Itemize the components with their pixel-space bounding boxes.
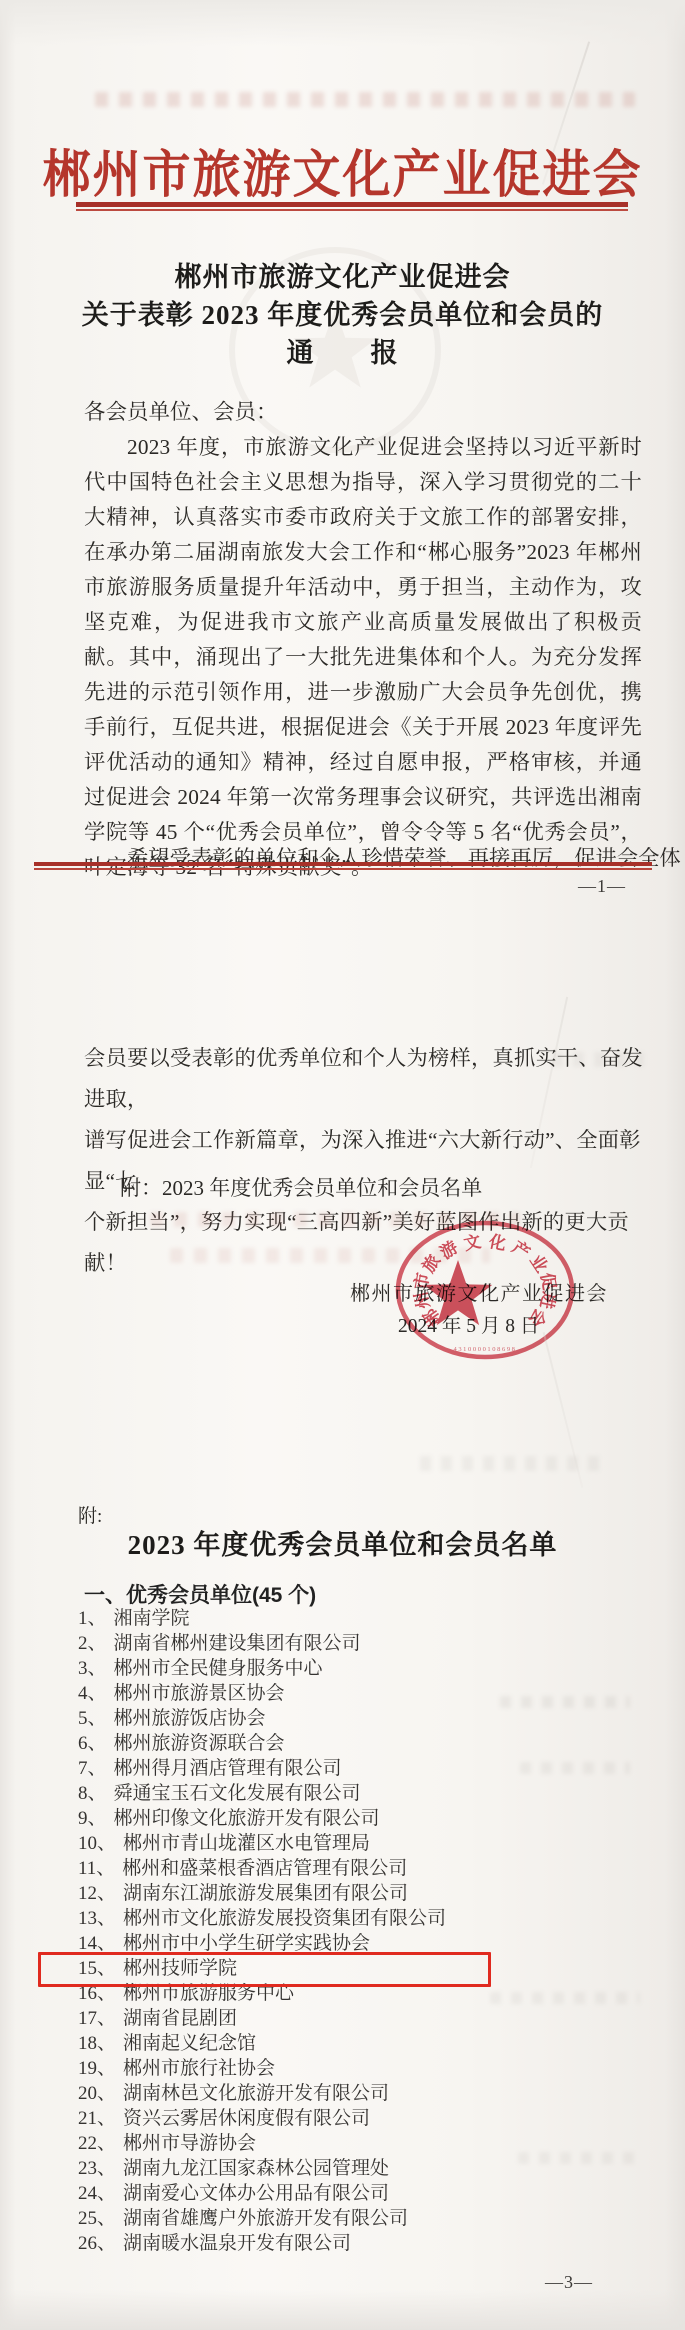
list-item: 17、湖南省昆剧团 xyxy=(78,2006,638,2031)
list-item-number: 2、 xyxy=(78,1633,107,1654)
svg-text:市: 市 xyxy=(410,1271,433,1291)
list-item-number: 14、 xyxy=(78,1933,116,1954)
list-item: 11、郴州和盛菜根香酒店管理有限公司 xyxy=(78,1856,638,1881)
list-item-name: 郴州市全民健身服务中心 xyxy=(114,1658,323,1679)
svg-text:会: 会 xyxy=(525,1305,551,1330)
list-item-name: 舜通宝玉石文化发展有限公司 xyxy=(114,1783,361,1804)
list-item: 12、湖南东江湖旅游发展集团有限公司 xyxy=(78,1881,638,1906)
svg-text:化: 化 xyxy=(486,1231,508,1254)
list-item-name: 湖南暖水温泉开发有限公司 xyxy=(123,2233,351,2254)
list-item-number: 18、 xyxy=(78,2033,116,2054)
list-item-name: 湖南东江湖旅游发展集团有限公司 xyxy=(123,1883,408,1904)
body-paragraph-1: 2023 年度，市旅游文化产业促进会坚持以习近平新时代中国特色社会主义思想为指导… xyxy=(84,430,642,885)
document-title-line1: 郴州市旅游文化产业促进会 xyxy=(0,258,685,296)
attachment-note: 附：2023 年度优秀会员单位和会员名单 xyxy=(120,1172,482,1202)
list-item-name: 湖南省郴州建设集团有限公司 xyxy=(114,1633,361,1654)
list-item-number: 12、 xyxy=(78,1883,116,1904)
list-item-name: 郴州旅游饭店协会 xyxy=(114,1708,266,1729)
list-item-name: 郴州市导游协会 xyxy=(123,2133,256,2154)
svg-text:进: 进 xyxy=(536,1290,559,1311)
list-item: 6、郴州旅游资源联合会 xyxy=(78,1731,638,1756)
list-item-number: 17、 xyxy=(78,2008,116,2029)
list-item-name: 郴州旅游资源联合会 xyxy=(114,1733,285,1754)
list-item-name: 湖南爱心文体办公用品有限公司 xyxy=(123,2183,389,2204)
list-item: 3、郴州市全民健身服务中心 xyxy=(78,1656,638,1681)
list-item-number: 13、 xyxy=(78,1908,116,1929)
bleed-through-text xyxy=(518,2152,640,2164)
attachment-section-title: 一、优秀会员单位(45 个) xyxy=(84,1579,316,1609)
list-item-number: 7、 xyxy=(78,1758,107,1779)
list-item-name: 郴州市青山垅灌区水电管理局 xyxy=(123,1833,370,1854)
list-item-number: 19、 xyxy=(78,2058,116,2079)
list-item-number: 21、 xyxy=(78,2108,116,2129)
masthead-title: 郴州市旅游文化产业促进会 xyxy=(0,134,685,207)
list-item-name: 郴州市中小学生研学实践协会 xyxy=(123,1933,370,1954)
list-item-number: 23、 xyxy=(78,2158,116,2179)
list-item: 5、郴州旅游饭店协会 xyxy=(78,1706,638,1731)
list-item: 25、湖南省雄鹰户外旅游开发有限公司 xyxy=(78,2206,638,2231)
document-title-line3: 通 报 xyxy=(0,334,685,372)
list-item-name: 郴州和盛菜根香酒店管理有限公司 xyxy=(122,1858,407,1879)
list-item-name: 湘南起义纪念馆 xyxy=(123,2033,256,2054)
list-item-number: 5、 xyxy=(78,1708,107,1729)
page-number-1: —1— xyxy=(578,876,626,897)
list-item: 9、郴州印像文化旅游开发有限公司 xyxy=(78,1806,638,1831)
masthead-rule xyxy=(76,202,628,211)
list-item-number: 10、 xyxy=(78,1833,116,1854)
list-item: 1、湘南学院 xyxy=(78,1606,638,1631)
list-item-name: 资兴云雾居休闲度假有限公司 xyxy=(123,2108,370,2129)
list-item-name: 郴州市文化旅游发展投资集团有限公司 xyxy=(123,1908,446,1929)
svg-text:州: 州 xyxy=(411,1290,433,1311)
list-item-name: 郴州得月酒店管理有限公司 xyxy=(114,1758,342,1779)
list-item-number: 6、 xyxy=(78,1733,107,1754)
list-item: 26、湖南暖水温泉开发有限公司 xyxy=(78,2231,638,2256)
svg-text:游: 游 xyxy=(436,1237,461,1263)
list-item-number: 22、 xyxy=(78,2133,116,2154)
list-item: 2、湖南省郴州建设集团有限公司 xyxy=(78,1631,638,1656)
list-item: 24、湖南爱心文体办公用品有限公司 xyxy=(78,2181,638,2206)
bleed-through-text xyxy=(520,1762,630,1774)
list-item-number: 9、 xyxy=(78,1808,107,1829)
list-item-name: 湖南省雄鹰户外旅游开发有限公司 xyxy=(123,2208,408,2229)
seal-ring-text: 郴州市旅游文化产业促进会 xyxy=(410,1231,560,1331)
scanned-document-page: 郴州市旅游文化产业促进会 郴州市旅游文化产业促进会 关于表彰 2023 年度优秀… xyxy=(0,0,685,2330)
list-item: 8、舜通宝玉石文化发展有限公司 xyxy=(78,1781,638,1806)
list-item: 10、郴州市青山垅灌区水电管理局 xyxy=(78,1831,638,1856)
svg-text:旅: 旅 xyxy=(418,1251,444,1276)
page-break-rule xyxy=(34,862,652,870)
list-item-name: 湖南林邑文化旅游开发有限公司 xyxy=(123,2083,389,2104)
list-item-number: 1、 xyxy=(78,1608,107,1629)
page-number-3: —3— xyxy=(545,2272,593,2293)
seal-code: 4310000108698 xyxy=(453,1346,516,1353)
list-item: 19、郴州市旅行社协会 xyxy=(78,2056,638,2081)
svg-text:文: 文 xyxy=(462,1231,483,1254)
list-item: 21、资兴云雾居休闲度假有限公司 xyxy=(78,2106,638,2131)
list-item-name: 郴州市旅行社协会 xyxy=(123,2058,275,2079)
bleed-through-text xyxy=(500,1696,630,1708)
list-item: 20、湖南林邑文化旅游开发有限公司 xyxy=(78,2081,638,2106)
list-item-number: 3、 xyxy=(78,1658,107,1679)
document-title-line2: 关于表彰 2023 年度优秀会员单位和会员的 xyxy=(0,296,685,334)
list-item-number: 8、 xyxy=(78,1783,107,1804)
list-item-number: 20、 xyxy=(78,2083,116,2104)
list-item-name: 郴州印像文化旅游开发有限公司 xyxy=(114,1808,380,1829)
official-seal: 郴州市旅游文化产业促进会 4310000108698 xyxy=(388,1212,584,1372)
document-title: 郴州市旅游文化产业促进会 关于表彰 2023 年度优秀会员单位和会员的 通 报 xyxy=(0,258,685,372)
svg-text:促: 促 xyxy=(537,1271,560,1291)
list-item-number: 24、 xyxy=(78,2183,116,2204)
list-item-name: 湖南九龙江国家森林公园管理处 xyxy=(123,2158,389,2179)
highlight-box xyxy=(38,1952,491,1987)
attachment-title: 2023 年度优秀会员单位和会员名单 xyxy=(0,1523,685,1562)
list-item-name: 郴州市旅游景区协会 xyxy=(114,1683,285,1704)
list-item-number: 25、 xyxy=(78,2208,116,2229)
bleed-through-text xyxy=(95,92,635,107)
list-item-number: 4、 xyxy=(78,1683,107,1704)
bleed-through-text xyxy=(420,1456,600,1471)
list-item-number: 11、 xyxy=(78,1858,115,1879)
list-item: 18、湘南起义纪念馆 xyxy=(78,2031,638,2056)
list-item-name: 湖南省昆剧团 xyxy=(123,2008,237,2029)
list-item-name: 湘南学院 xyxy=(114,1608,190,1629)
list-item: 13、郴州市文化旅游发展投资集团有限公司 xyxy=(78,1906,638,1931)
salutation: 各会员单位、会员： xyxy=(84,395,278,426)
bleed-through-text xyxy=(490,1992,640,2004)
list-item-number: 26、 xyxy=(78,2233,116,2254)
